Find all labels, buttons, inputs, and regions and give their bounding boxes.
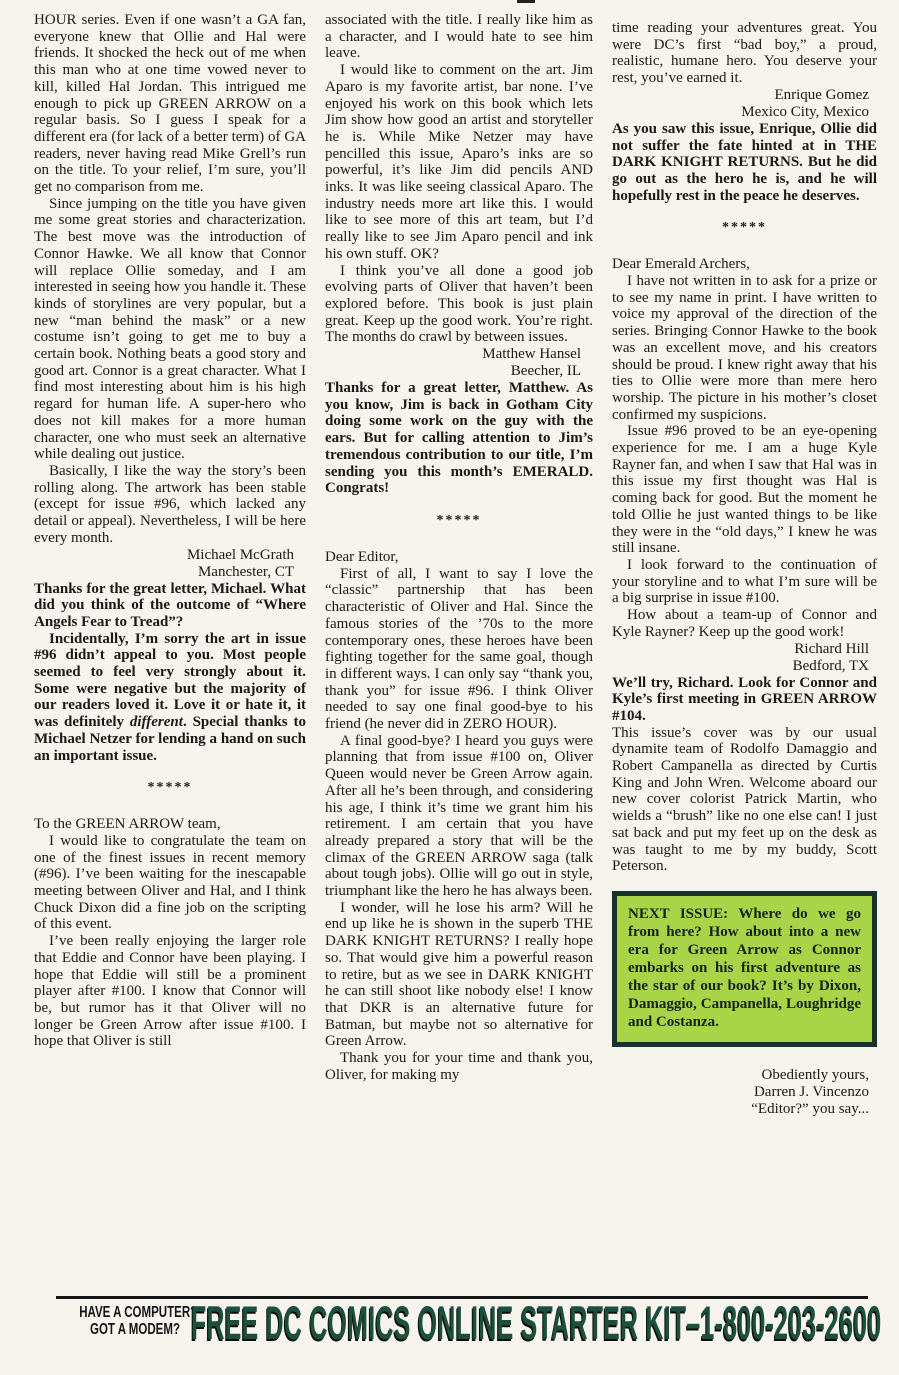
- editor-response-paragraph: We’ll try, Richard. Look for Connor and …: [612, 675, 877, 725]
- signature-name: Enrique Gomez: [612, 87, 877, 104]
- editor-response-paragraph: As you saw this issue, Enrique, Ollie di…: [612, 121, 877, 205]
- letter-paragraph: I would like to comment on the art. Jim …: [325, 62, 593, 262]
- letter-paragraph: First of all, I want to say I love the “…: [325, 566, 593, 733]
- signature-location: Bedford, TX: [612, 658, 877, 675]
- letter-paragraph: Thank you for your time and thank you, O…: [325, 1050, 593, 1083]
- letter-paragraph: I would like to congratulate the team on…: [34, 833, 306, 933]
- next-issue-box: NEXT ISSUE: Where do we go from here? Ho…: [612, 891, 877, 1047]
- signature-tagline: “Editor?” you say...: [612, 1101, 877, 1118]
- letter-paragraph: HOUR series. Even if one wasn’t a GA fan…: [34, 12, 306, 196]
- letter-paragraph: Issue #96 proved to be an eye-opening ex…: [612, 423, 877, 557]
- letter-paragraph: I look forward to the continuation of yo…: [612, 557, 877, 607]
- next-issue-body: Where do we go from here? How about into…: [628, 906, 861, 1030]
- signature-location: Mexico City, Mexico: [612, 104, 877, 121]
- modem-callout-line2: GOT A MODEM?: [79, 1321, 180, 1338]
- letter-paragraph: I’ve been really enjoying the larger rol…: [34, 933, 306, 1050]
- signature-closing: Obediently yours,: [612, 1067, 877, 1084]
- signature-name: Matthew Hansel: [325, 346, 593, 363]
- modem-callout-line1: HAVE A COMPUTER?: [79, 1304, 180, 1321]
- letter-paragraph: I think you’ve all done a good job evolv…: [325, 263, 593, 347]
- signature-name: Darren J. Vincenzo: [612, 1084, 877, 1101]
- next-issue-text: NEXT ISSUE: Where do we go from here? Ho…: [628, 905, 861, 1031]
- letter-paragraph: Since jumping on the title you have give…: [34, 196, 306, 463]
- letters-column-2: associated with the title. I really like…: [325, 12, 593, 1118]
- editor-response-paragraph: Thanks for the great letter, Michael. Wh…: [34, 581, 306, 631]
- signature-name: Richard Hill: [612, 641, 877, 658]
- signature-name: Michael McGrath: [34, 547, 306, 564]
- section-separator: *****: [325, 513, 593, 529]
- scan-artifact: [517, 0, 535, 3]
- next-issue-label: NEXT ISSUE:: [628, 906, 728, 922]
- letter-paragraph: associated with the title. I really like…: [325, 12, 593, 62]
- letter-paragraph: I wonder, will he lose his arm? Will he …: [325, 900, 593, 1050]
- letter-paragraph: time reading your adventures great. You …: [612, 20, 877, 87]
- letter-paragraph: Basically, I like the way the story’s be…: [34, 463, 306, 547]
- editorial-note-paragraph: This issue’s cover was by our usual dyna…: [612, 725, 877, 875]
- letter-salutation: To the GREEN ARROW team,: [34, 816, 306, 833]
- letter-paragraph: I have not written in to ask for a prize…: [612, 273, 877, 423]
- signature-location: Manchester, CT: [34, 564, 306, 581]
- section-separator: *****: [612, 220, 877, 236]
- letters-column-1: HOUR series. Even if one wasn’t a GA fan…: [34, 12, 306, 1118]
- editor-signature-block: Obediently yours, Darren J. Vincenzo “Ed…: [612, 1067, 877, 1118]
- editor-response-paragraph: Incidentally, I’m sorry the art in issue…: [34, 631, 306, 765]
- emphasized-word: different: [130, 714, 183, 730]
- letter-salutation: Dear Editor,: [325, 549, 593, 566]
- letter-paragraph: A final good-bye? I heard you guys were …: [325, 733, 593, 900]
- letter-paragraph: How about a team-up of Connor and Kyle R…: [612, 607, 877, 640]
- letters-column-3: time reading your adventures great. You …: [612, 12, 877, 1118]
- letter-salutation: Dear Emerald Archers,: [612, 256, 877, 273]
- section-separator: *****: [34, 780, 306, 796]
- dc-online-banner: FREE DC COMICS ONLINE STARTER KIT–1-800-…: [191, 1299, 882, 1347]
- signature-location: Beecher, IL: [325, 363, 593, 380]
- letters-page-columns: HOUR series. Even if one wasn’t a GA fan…: [34, 12, 877, 1118]
- modem-callout: HAVE A COMPUTER? GOT A MODEM?: [79, 1304, 180, 1338]
- editor-response-paragraph: Thanks for a great letter, Matthew. As y…: [325, 380, 593, 497]
